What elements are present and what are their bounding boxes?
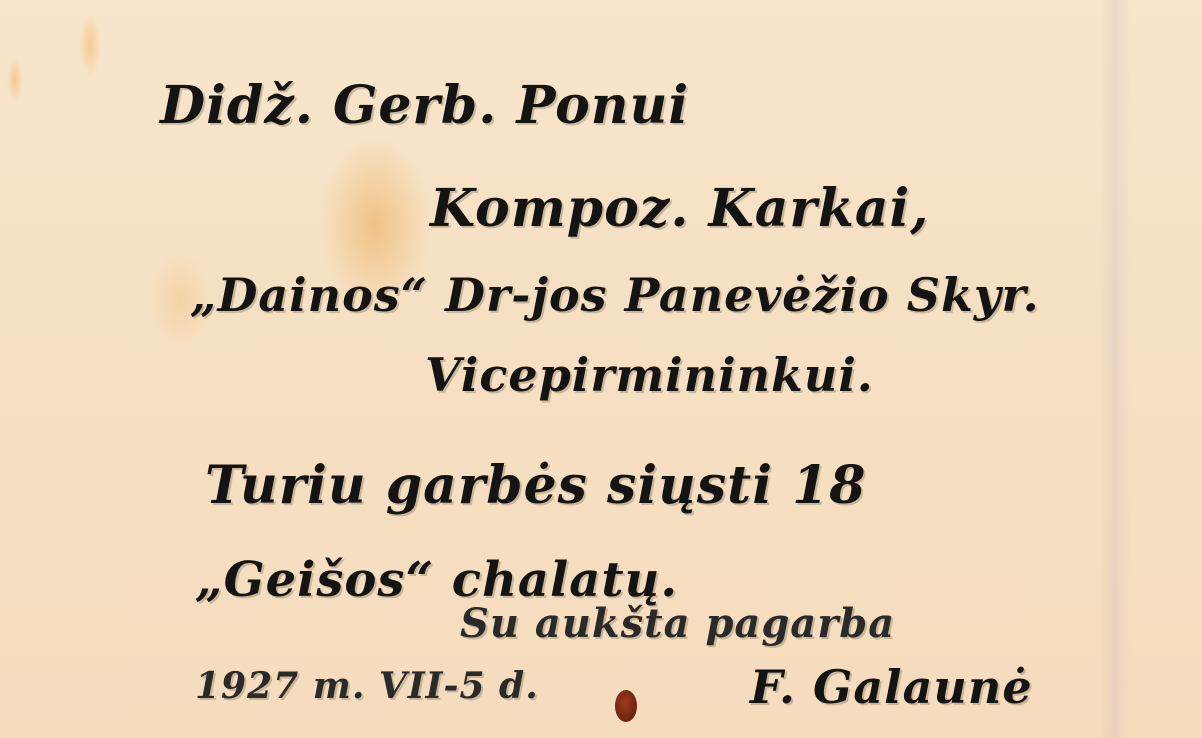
recipient-name-line: Kompoz. Karkai, [430, 178, 929, 239]
date-line: 1927 m. VII-5 d. [195, 665, 539, 707]
closing-line: Su aukšta pagarba [460, 600, 895, 647]
signature: F. Galaunė [750, 660, 1033, 714]
postcard: Didž. Gerb. Ponui Kompoz. Karkai, „Daino… [0, 0, 1202, 738]
recipient-title-line: Vicepirmininkui. [425, 348, 874, 402]
salutation-line: Didž. Gerb. Ponui [160, 75, 689, 136]
ink-dot-stain [615, 690, 637, 722]
organization-line: „Dainos“ Dr-jos Panevėžio Skyr. [190, 268, 1040, 322]
body-line-1: Turiu garbės siųsti 18 [205, 455, 866, 516]
